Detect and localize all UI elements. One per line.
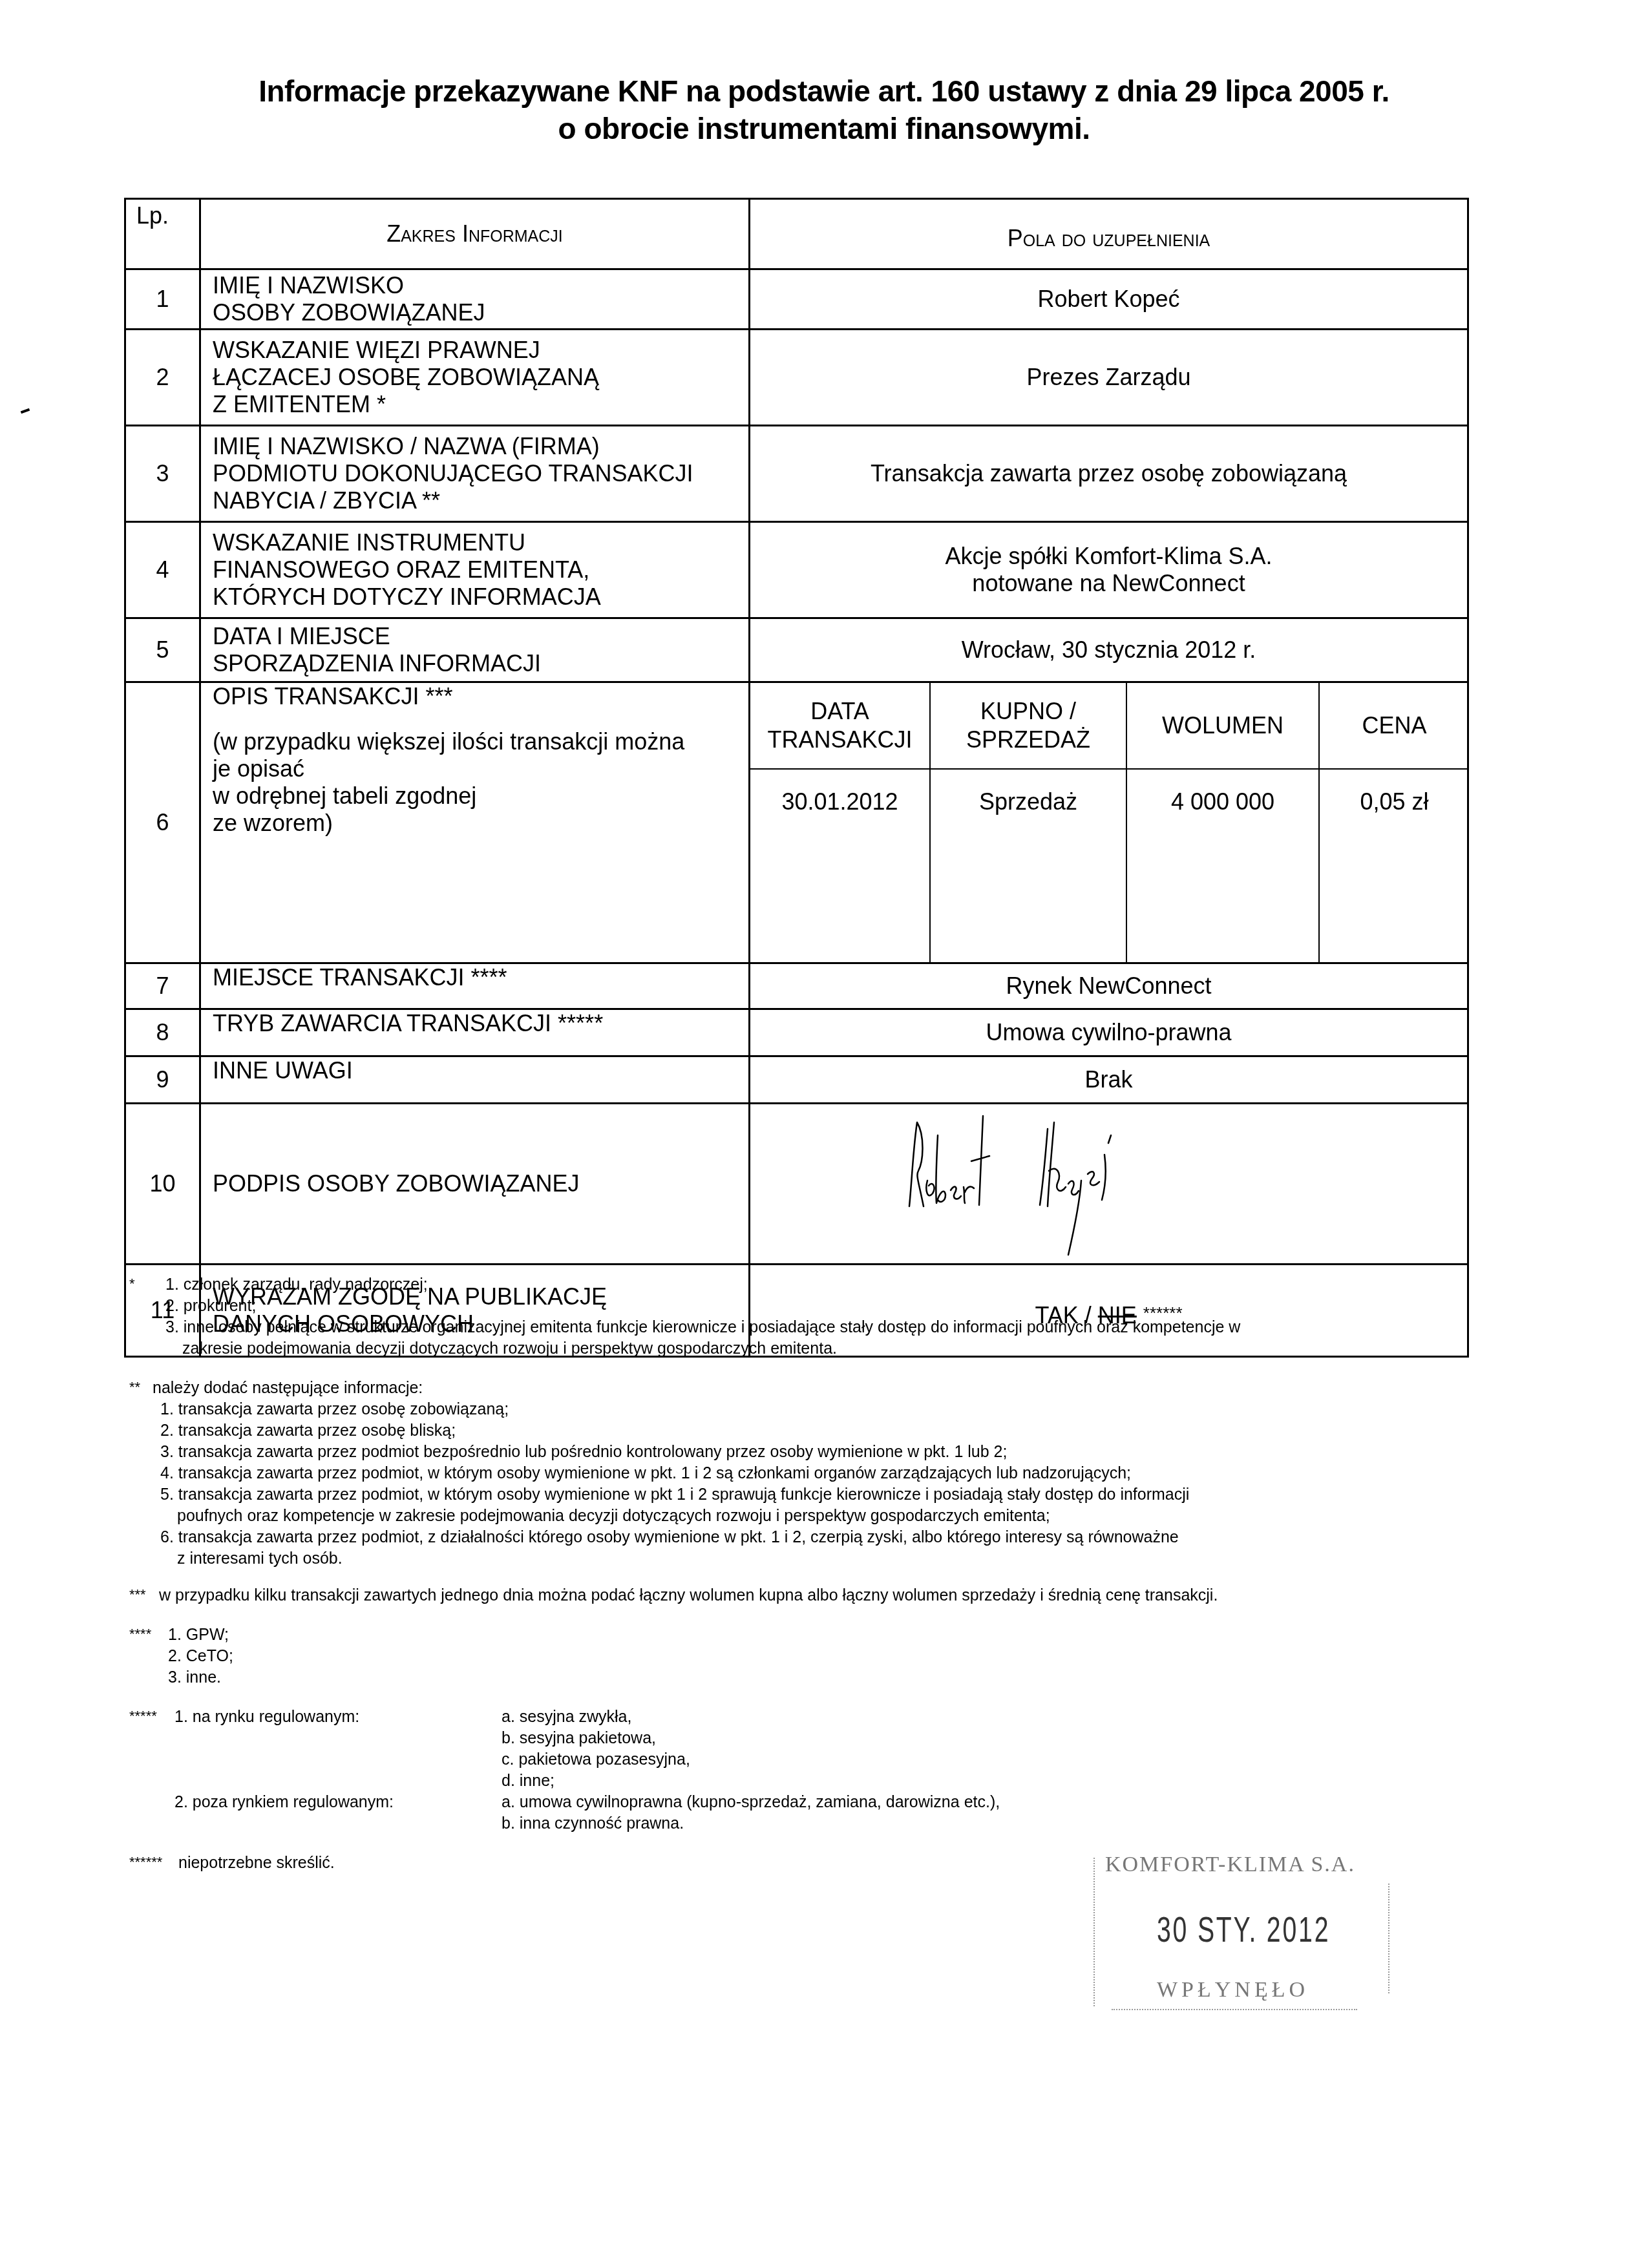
transaction-header-row: DATA TRANSAKCJI KUPNO / SPRZEDAŻ WOLUMEN… [750,683,1469,769]
stamp-border [1093,1858,1095,2006]
value-line: Robert Kopeć [750,286,1467,313]
footnote-item: 1. transakcja zawarta przez osobę zobowi… [160,1399,1474,1420]
label-line: PODPIS OSOBY ZOBOWIĄZANEJ [213,1170,748,1197]
title-line-2: o obrocie instrumentami finansowymi. [0,110,1648,147]
tx-side[interactable]: Sprzedaż [930,769,1126,962]
value-line: Umowa cywilno-prawna [750,1019,1467,1046]
footnote-marker: * [129,1273,135,1294]
row-number: 5 [125,618,200,682]
field-value-instrument[interactable]: Akcje spółki Komfort-Klima S.A. notowane… [750,522,1468,618]
label-line: OSOBY ZOBOWIĄZANEJ [213,299,748,326]
header-line: SPRZEDAŻ [931,726,1126,754]
label-line: DATA I MIEJSCE [213,623,748,650]
label-line: (w przypadku większej ilości transakcji … [213,728,748,755]
footnote-1: * 1. członek zarządu, rady nadzorczej; 2… [129,1274,1474,1360]
tx-price[interactable]: 0,05 zł [1319,769,1469,962]
table-row: 4 WSKAZANIE INSTRUMENTU FINANSOWEGO ORAZ… [125,522,1468,618]
footnote-item: 3. inne. [168,1667,1474,1688]
footnote-marker: ***** [129,1705,157,1727]
stamp-border [1112,2009,1357,2010]
signature-icon [899,1109,1170,1258]
label-line: ŁĄCZACEJ OSOBĘ ZOBOWIĄZANĄ [213,364,748,391]
footnote-item: zakresie podejmowania decyzji dotyczącyc… [165,1338,1474,1360]
label-line: PODMIOTU DOKONUJĄCEGO TRANSAKCJI [213,460,748,487]
stamp-company: KOMFORT-KLIMA S.A. [1105,1853,1355,1877]
table-header-row: Lp. Zakres Informacji Pola do uzupełnien… [125,199,1468,269]
row-number: 6 [125,682,200,963]
label-line: IMIĘ I NAZWISKO / NAZWA (FIRMA) [213,433,748,460]
footnote-marker: ** [129,1376,140,1398]
stamp-border [1388,1884,1389,1993]
value-line: Rynek NewConnect [750,972,1467,1000]
header-pola: Pola do uzupełnienia [750,199,1468,269]
market-option: a. umowa cywilnoprawna (kupno-sprzedaż, … [502,1792,1474,1813]
header-lp: Lp. [125,199,200,269]
footnotes: * 1. członek zarządu, rady nadzorczej; 2… [129,1274,1474,1892]
label-line: ze wzorem) [213,810,748,837]
table-row: 7 MIEJSCE TRANSAKCJI **** Rynek NewConne… [125,963,1468,1009]
footnote-marker: *** [129,1584,146,1605]
tx-date[interactable]: 30.01.2012 [750,769,930,962]
row-label: IMIĘ I NAZWISKO / NAZWA (FIRMA) PODMIOTU… [200,426,750,522]
footnote-item: 1. członek zarządu, rady nadzorczej; [165,1274,1474,1296]
handwritten-signature [750,1104,1467,1263]
row-number: 10 [125,1104,200,1265]
footnote-marker: ****** [129,1851,162,1873]
footnote-item: 2. CeTO; [168,1646,1474,1667]
market-option: b. inna czynność prawna. [502,1813,1474,1834]
row-label: DATA I MIEJSCE SPORZĄDZENIA INFORMACJI [200,618,750,682]
table-row: 3 IMIĘ I NAZWISKO / NAZWA (FIRMA) PODMIO… [125,426,1468,522]
tx-header-price: CENA [1319,683,1469,769]
label-line: MIEJSCE TRANSAKCJI **** [213,964,748,991]
row-number: 8 [125,1009,200,1056]
value-line: Transakcja zawarta przez osobę zobowiąza… [750,460,1467,487]
row-label: OPIS TRANSAKCJI *** (w przypadku większe… [200,682,750,963]
row-label: IMIĘ I NAZWISKO OSOBY ZOBOWIĄZANEJ [200,269,750,330]
row-number: 1 [125,269,200,330]
table-row: 10 PODPIS OSOBY ZOBOWIĄZANEJ [125,1104,1468,1265]
transaction-table: DATA TRANSAKCJI KUPNO / SPRZEDAŻ WOLUMEN… [750,683,1469,962]
tx-volume[interactable]: 4 000 000 [1126,769,1319,962]
market-group-label: 2. poza rynkiem regulowanym: [174,1792,502,1813]
field-value-venue[interactable]: Rynek NewConnect [750,963,1468,1009]
row-label: TRYB ZAWARCIA TRANSAKCJI ***** [200,1009,750,1056]
stamp-label: WPŁYNĘŁO [1157,1978,1309,2002]
footnote-item: 3. inne osoby pełniące w strukturze orga… [165,1317,1474,1338]
row-number: 9 [125,1056,200,1104]
footnote-2: ** należy dodać następujące informacje: … [129,1378,1474,1570]
market-option: d. inne; [502,1770,1474,1792]
label-line: je opisać [213,755,748,782]
footnote-4: **** 1. GPW; 2. CeTO; 3. inne. [129,1624,1474,1688]
header-line: KUPNO / [931,697,1126,726]
footnote-item: 1. GPW; [168,1624,1474,1646]
footnote-5: ***** 1. na rynku regulowanym:a. sesyjna… [129,1706,1474,1834]
field-value-remarks[interactable]: Brak [750,1056,1468,1104]
transaction-value-row: 30.01.2012 Sprzedaż 4 000 000 0,05 zł [750,769,1469,962]
footnote-intro: należy dodać następujące informacje: [153,1378,1474,1399]
row-number: 2 [125,330,200,426]
label-line: IMIĘ I NAZWISKO [213,272,748,299]
market-option: a. sesyjna zwykła, [502,1706,1474,1728]
label-line: TRYB ZAWARCIA TRANSAKCJI ***** [213,1010,748,1037]
field-value-mode[interactable]: Umowa cywilno-prawna [750,1009,1468,1056]
field-value-name[interactable]: Robert Kopeć [750,269,1468,330]
table-row: 6 OPIS TRANSAKCJI *** (w przypadku więks… [125,682,1468,963]
table-row: 5 DATA I MIEJSCE SPORZĄDZENIA INFORMACJI… [125,618,1468,682]
field-value-relationship[interactable]: Prezes Zarządu [750,330,1468,426]
signature-field[interactable] [750,1104,1468,1265]
tx-header-side: KUPNO / SPRZEDAŻ [930,683,1126,769]
value-line: Prezes Zarządu [750,364,1467,391]
received-stamp: KOMFORT-KLIMA S.A. 30 STY. 2012 WPŁYNĘŁO [1092,1851,1402,2013]
table-row: 2 WSKAZANIE WIĘZI PRAWNEJ ŁĄCZACEJ OSOBĘ… [125,330,1468,426]
footnote-item: 5. transakcja zawarta przez podmiot, w k… [160,1484,1474,1506]
table-row: 1 IMIĘ I NAZWISKO OSOBY ZOBOWIĄZANEJ Rob… [125,269,1468,330]
field-value-party[interactable]: Transakcja zawarta przez osobę zobowiąza… [750,426,1468,522]
footnote-marker: **** [129,1623,151,1644]
header-zakres: Zakres Informacji [200,199,750,269]
label-line: NABYCIA / ZBYCIA ** [213,487,748,514]
value-line: Akcje spółki Komfort-Klima S.A. [750,543,1467,570]
row-number: 3 [125,426,200,522]
footnote-3: *** w przypadku kilku transakcji zawarty… [129,1585,1474,1606]
header-line: TRANSAKCJI [750,726,929,754]
header-line: WOLUMEN [1127,711,1318,740]
footnote-item: 4. transakcja zawarta przez podmiot, w k… [160,1463,1474,1484]
value-line: Wrocław, 30 stycznia 2012 r. [750,636,1467,664]
table-row: 8 TRYB ZAWARCIA TRANSAKCJI ***** Umowa c… [125,1009,1468,1056]
footnote-item: 2. prokurent; [165,1296,1474,1317]
row-number: 7 [125,963,200,1009]
stamp-date: 30 STY. 2012 [1157,1908,1330,1950]
title-line-1: Informacje przekazywane KNF na podstawie… [0,72,1648,110]
label-line: w odrębnej tabeli zgodnej [213,782,748,810]
footnote-item: 2. transakcja zawarta przez osobę bliską… [160,1420,1474,1442]
tx-header-date: DATA TRANSAKCJI [750,683,930,769]
document-title: Informacje przekazywane KNF na podstawie… [0,72,1648,147]
knf-information-table: Lp. Zakres Informacji Pola do uzupełnien… [124,198,1469,1358]
footnote-item: 6. transakcja zawarta przez podmiot, z d… [160,1527,1474,1548]
tx-header-volume: WOLUMEN [1126,683,1319,769]
row-label: WSKAZANIE INSTRUMENTU FINANSOWEGO ORAZ E… [200,522,750,618]
row-number: 4 [125,522,200,618]
label-line: WSKAZANIE INSTRUMENTU [213,529,748,556]
value-line: notowane na NewConnect [750,570,1467,597]
label-line: WSKAZANIE WIĘZI PRAWNEJ [213,337,748,364]
header-line: DATA [750,697,929,726]
transaction-cell: DATA TRANSAKCJI KUPNO / SPRZEDAŻ WOLUMEN… [750,682,1468,963]
label-line: INNE UWAGI [213,1057,748,1084]
label-line: FINANSOWEGO ORAZ EMITENTA, [213,556,748,583]
label-line: OPIS TRANSAKCJI *** [213,683,748,710]
footnote-item: 3. transakcja zawarta przez podmiot bezp… [160,1442,1474,1463]
label-line: SPORZĄDZENIA INFORMACJI [213,650,748,677]
market-option: c. pakietowa pozasesyjna, [502,1749,1474,1770]
label-line [213,710,748,728]
market-group-label: 1. na rynku regulowanym: [174,1706,502,1728]
row-label: INNE UWAGI [200,1056,750,1104]
footnote-text: w przypadku kilku transakcji zawartych j… [159,1585,1474,1606]
row-label: PODPIS OSOBY ZOBOWIĄZANEJ [200,1104,750,1265]
row-label: WSKAZANIE WIĘZI PRAWNEJ ŁĄCZACEJ OSOBĘ Z… [200,330,750,426]
label-line: KTÓRYCH DOTYCZY INFORMACJA [213,583,748,611]
table-row: 9 INNE UWAGI Brak [125,1056,1468,1104]
footnote-item: poufnych oraz kompetencje w zakresie pod… [160,1506,1474,1527]
footnote-item: z interesami tych osób. [160,1548,1474,1570]
header-line: CENA [1320,711,1469,740]
label-line: Z EMITENTEM * [213,391,748,418]
field-value-date-place[interactable]: Wrocław, 30 stycznia 2012 r. [750,618,1468,682]
scan-artifact [21,408,30,414]
market-option: b. sesyjna pakietowa, [502,1728,1474,1749]
row-label: MIEJSCE TRANSAKCJI **** [200,963,750,1009]
value-line: Brak [750,1066,1467,1093]
